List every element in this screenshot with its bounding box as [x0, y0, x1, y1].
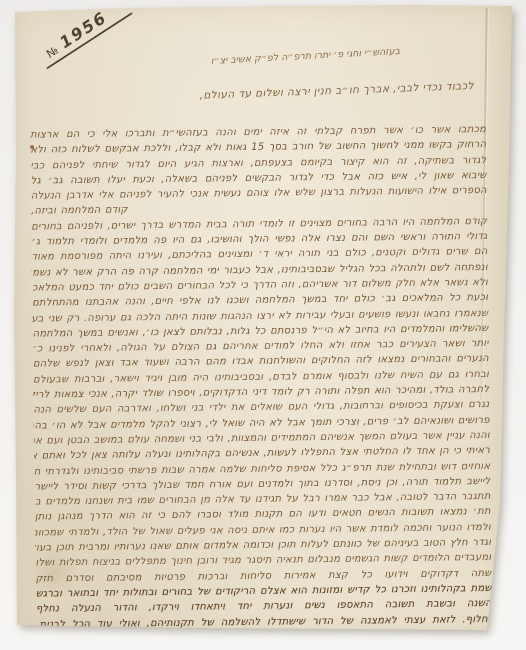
letter-paper-wrapper: № 1956 בעזהש״י וחגי פ׳ יתרו תרפ״ה לפ״ק א… [10, 2, 516, 638]
scanned-letter-photo: № 1956 בעזהש״י וחגי פ׳ יתרו תרפ״ה לפ״ק א… [0, 0, 526, 650]
letter-paper: № 1956 בעזהש״י וחגי פ׳ יתרו תרפ״ה לפ״ק א… [10, 2, 516, 638]
letter-date-line: בעזהש״י וחגי פ׳ יתרו תרפ״ה לפ״ק אשיב יצ״… [218, 46, 400, 67]
letter-salutation-line: לכבוד נכדי לבבי, אברך חו״ב חנין ירצה ושל… [136, 80, 474, 104]
archive-number: № 1956 [41, 0, 146, 65]
letter-body: מכתבו אשר כו׳ אשר תפרח קבלתי זה איזה ימי… [30, 122, 492, 632]
archive-number-text: № 1956 [41, 0, 144, 62]
